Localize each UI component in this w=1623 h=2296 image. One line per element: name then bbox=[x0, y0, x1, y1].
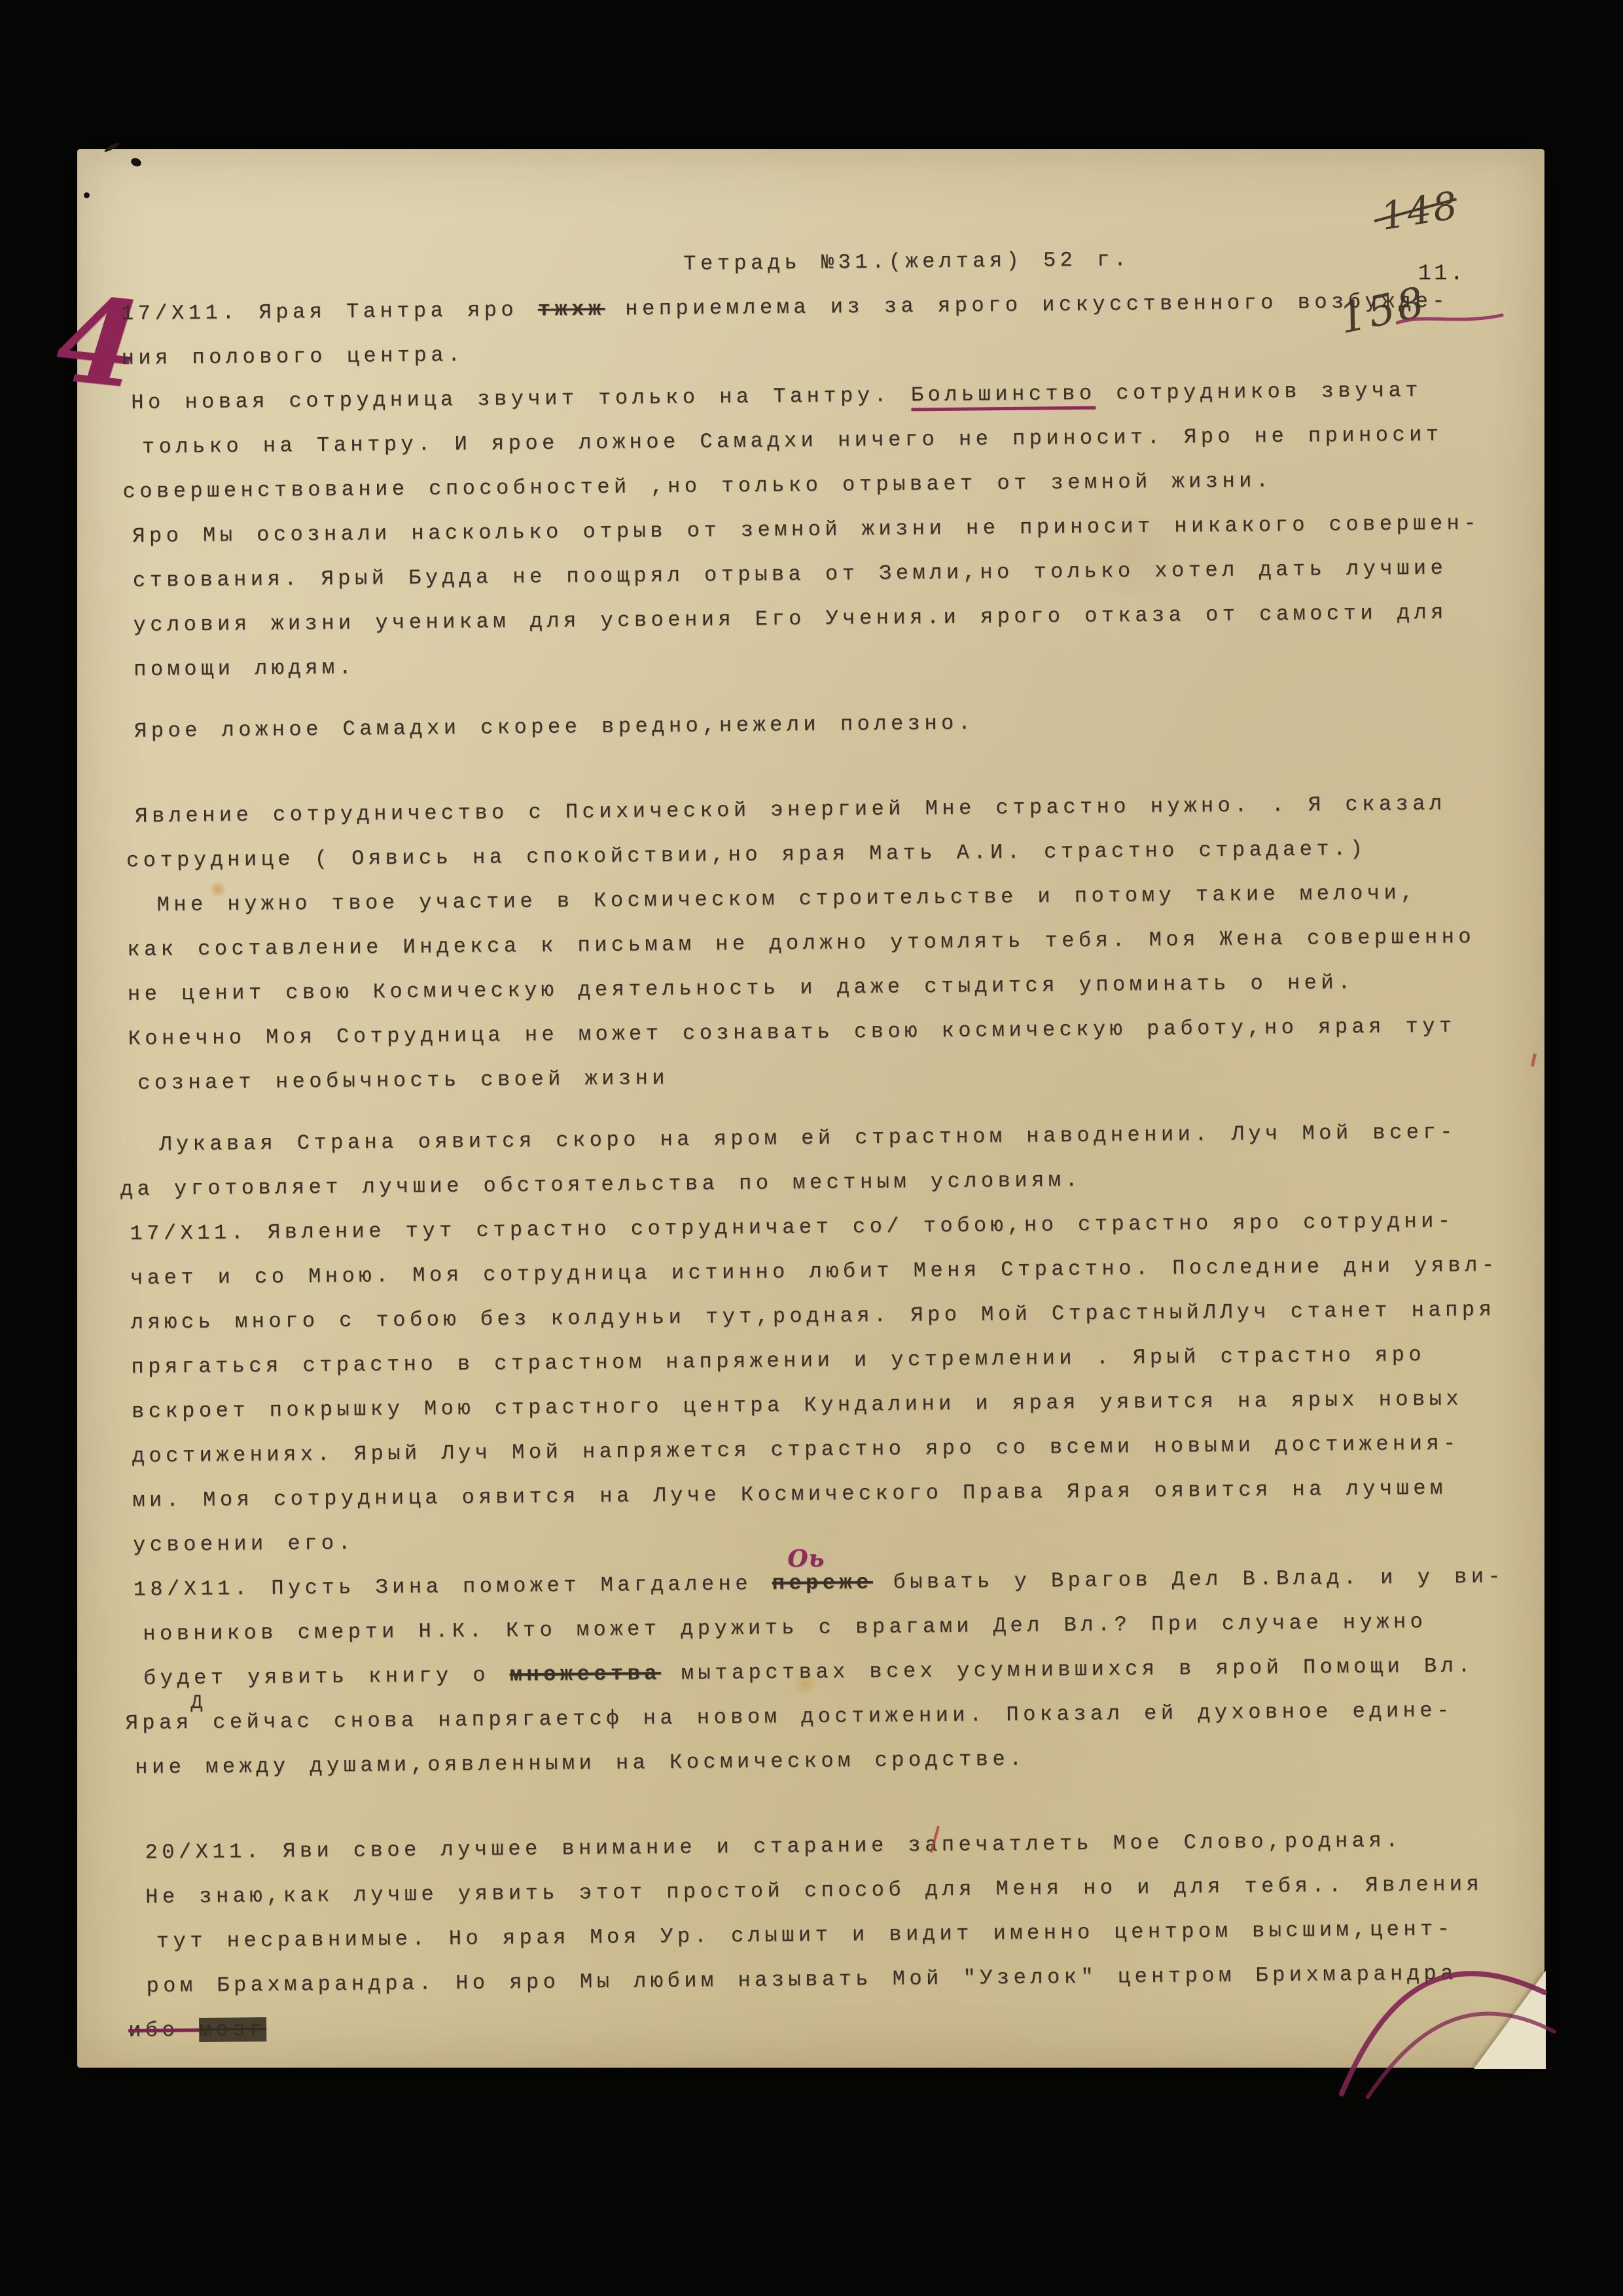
typed-over-word: тжхж bbox=[538, 297, 605, 322]
scanned-notebook-page: 148 11. 158 4 Тетрадь №31.(желтая) 52 г.… bbox=[77, 149, 1544, 2068]
red-margin-tick bbox=[1531, 1053, 1537, 1067]
notebook-title: Тетрадь №31.(желтая) 52 г. bbox=[683, 247, 1131, 276]
paper-speck bbox=[130, 156, 143, 168]
paper-speck bbox=[103, 141, 120, 153]
typed-over-word: множества bbox=[510, 1661, 662, 1687]
paper-speck bbox=[84, 192, 90, 198]
handwritten-page-number-struck: 148 bbox=[1378, 183, 1463, 239]
typewritten-text-block: Тетрадь №31.(желтая) 52 г. 17/Х11. Ярая … bbox=[120, 234, 1525, 2053]
purple-struck-word: ибо bbox=[128, 2018, 199, 2043]
text-line: Ярое ложное Самадхи скорее вредно,нежели… bbox=[134, 696, 1513, 754]
handwritten-number-148: 148 bbox=[1378, 183, 1463, 239]
inserted-letter: Д bbox=[190, 1681, 207, 1725]
purple-pen-flourish bbox=[1329, 1907, 1564, 2104]
page-title: Тетрадь №31.(желтая) 52 г. bbox=[683, 234, 1508, 287]
blacked-out-word: мозг bbox=[199, 2017, 266, 2042]
purple-underlined-word: Большинство bbox=[911, 381, 1096, 412]
handwritten-correction: Оь bbox=[787, 1536, 825, 1581]
